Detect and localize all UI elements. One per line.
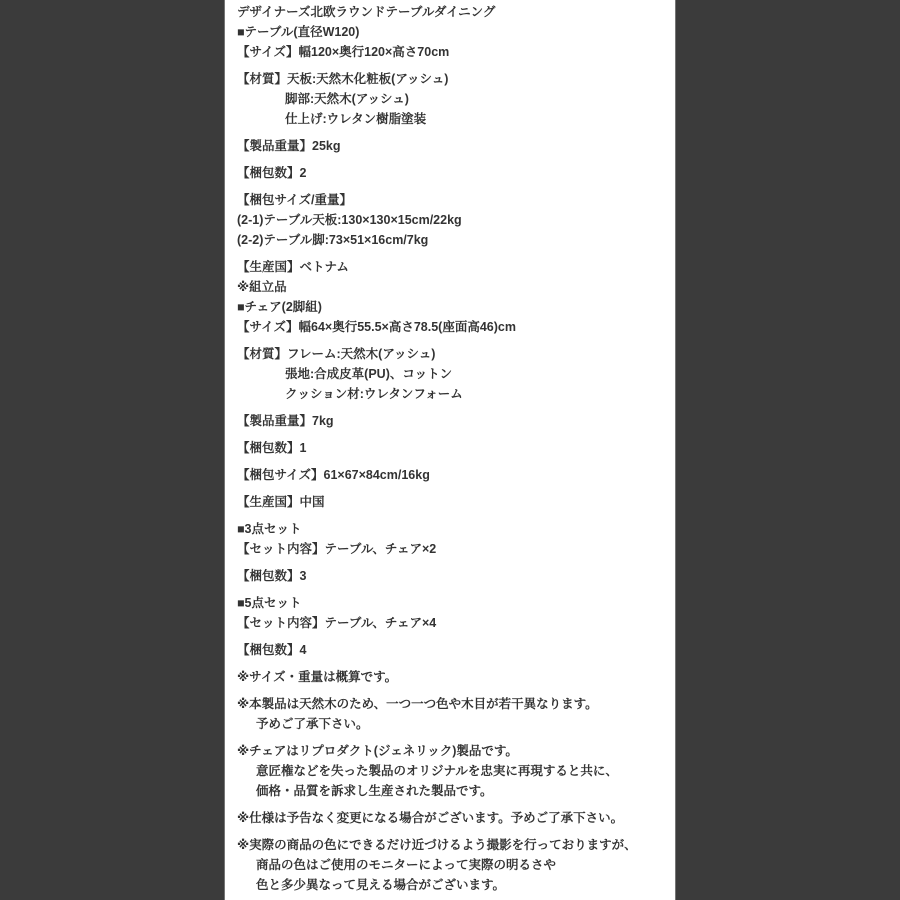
chair-material-cushion: クッション材:ウレタンフォーム — [237, 384, 669, 404]
note-monitor-color-3: 色と多少異なって見える場合がございます。 — [237, 875, 669, 895]
note-monitor-color-1: ※実際の商品の色にできるだけ近づけるよう撮影を行っておりますが、 — [237, 835, 669, 855]
chair-size: 【サイズ】幅64×奥行55.5×高さ78.5(座面高46)cm — [237, 317, 669, 337]
table-package-top: (2-1)テーブル天板:130×130×15cm/22kg — [237, 210, 669, 230]
set5-section-header: ■5点セット — [237, 593, 669, 613]
set5-contents: 【セット内容】テーブル、チェア×4 — [237, 613, 669, 633]
table-material-top: 【材質】天板:天然木化粧板(アッシュ) — [237, 69, 669, 89]
chair-material-upholstery: 張地:合成皮革(PU)、コットン — [237, 364, 669, 384]
chair-section-header: ■チェア(2脚組) — [237, 297, 669, 317]
table-section-header: ■テーブル(直径W120) — [237, 22, 669, 42]
note-approximate-sizes: ※サイズ・重量は概算です。 — [237, 667, 669, 687]
assembly-required-note: ※組立品 — [237, 277, 669, 297]
note-reproduct-2: 意匠権などを失った製品のオリジナルを忠実に再現すると共に、 — [237, 761, 669, 781]
table-package-size-header: 【梱包サイズ/重量】 — [237, 190, 669, 210]
chair-package-size: 【梱包サイズ】61×67×84cm/16kg — [237, 465, 669, 485]
table-material-legs: 脚部:天然木(アッシュ) — [237, 89, 669, 109]
note-reproduct-3: 価格・品質を訴求し生産された製品です。 — [237, 781, 669, 801]
product-series-title: デザイナーズ北欧ラウンドテーブルダイニング — [237, 2, 669, 22]
note-natural-wood-1: ※本製品は天然木のため、一つ一つ色や木目が若干異なります。 — [237, 694, 669, 714]
set3-package-count: 【梱包数】3 — [237, 566, 669, 586]
note-reproduct-1: ※チェアはリプロダクト(ジェネリック)製品です。 — [237, 741, 669, 761]
table-package-legs: (2-2)テーブル脚:73×51×16cm/7kg — [237, 230, 669, 250]
table-country-of-origin: 【生産国】ベトナム — [237, 257, 669, 277]
table-package-count: 【梱包数】2 — [237, 163, 669, 183]
note-monitor-color-2: 商品の色はご使用のモニターによって実際の明るさや — [237, 855, 669, 875]
set5-package-count: 【梱包数】4 — [237, 640, 669, 660]
chair-country-of-origin: 【生産国】中国 — [237, 492, 669, 512]
note-spec-change: ※仕様は予告なく変更になる場合がございます。予めご了承下さい。 — [237, 808, 669, 828]
chair-material-frame: 【材質】フレーム:天然木(アッシュ) — [237, 344, 669, 364]
chair-package-count: 【梱包数】1 — [237, 438, 669, 458]
table-product-weight: 【製品重量】25kg — [237, 136, 669, 156]
chair-product-weight: 【製品重量】7kg — [237, 411, 669, 431]
set3-contents: 【セット内容】テーブル、チェア×2 — [237, 539, 669, 559]
product-spec-panel: デザイナーズ北欧ラウンドテーブルダイニング ■テーブル(直径W120) 【サイズ… — [224, 0, 676, 900]
set3-section-header: ■3点セット — [237, 519, 669, 539]
table-size: 【サイズ】幅120×奥行120×高さ70cm — [237, 42, 669, 62]
note-natural-wood-2: 予めご了承下さい。 — [237, 714, 669, 734]
table-material-finish: 仕上げ:ウレタン樹脂塗装 — [237, 109, 669, 129]
